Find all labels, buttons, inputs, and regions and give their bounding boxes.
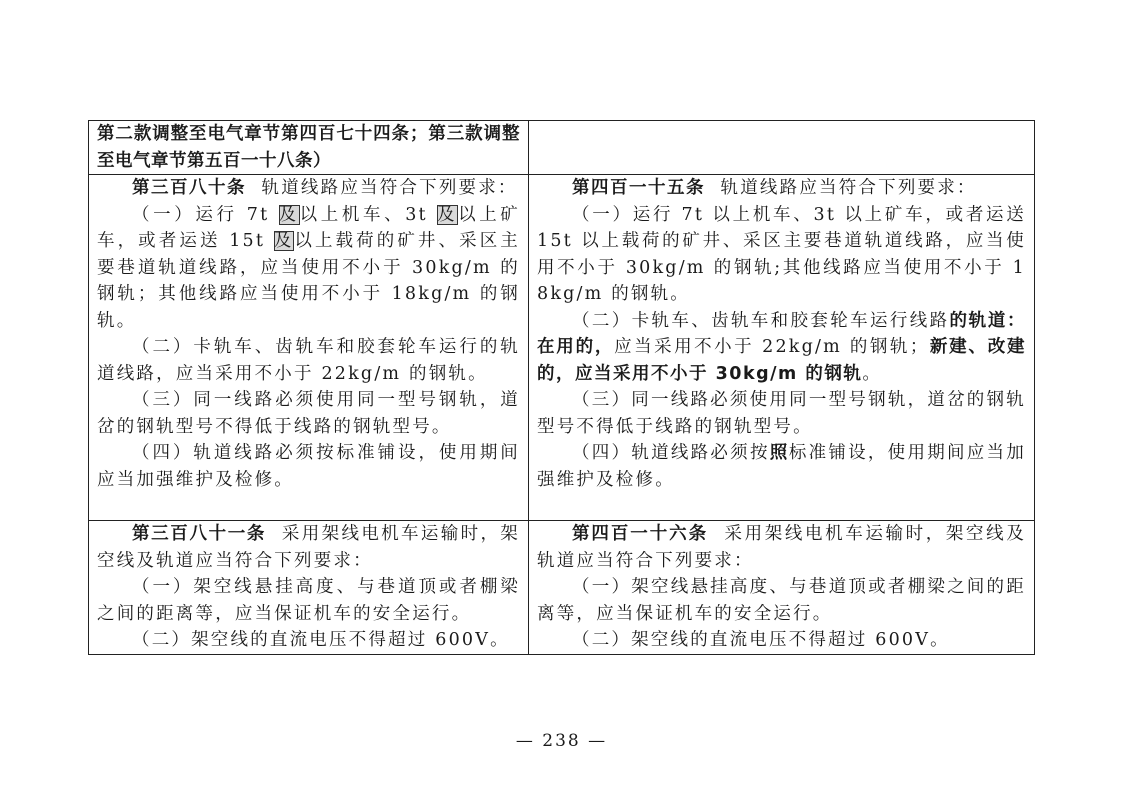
highlight-mark: 及 — [437, 205, 458, 225]
item-3: （三）同一线路必须使用同一型号钢轨，道岔的钢轨型号不得低于线路的钢轨型号。 — [97, 387, 520, 440]
article-paragraph: 第三百八十条 轨道线路应当符合下列要求： — [97, 175, 520, 202]
article-number: 第四百一十六条 — [572, 524, 708, 544]
article-paragraph: 第四百一十六条 采用架线电机车运输时，架空线及轨道应当符合下列要求： — [537, 521, 1026, 574]
table-cell-left: 第三百八十一条 采用架线电机车运输时，架空线及轨道应当符合下列要求： （一）架空… — [89, 521, 529, 655]
article-intro: 轨道线路应当符合下列要求： — [262, 178, 518, 198]
article-number: 第四百一十五条 — [572, 178, 705, 198]
table-row: 第三百八十条 轨道线路应当符合下列要求： （一）运行 7t 及以上机车、3t 及… — [89, 175, 1035, 521]
item-text: （四）轨道线路必须按 — [572, 443, 770, 463]
table-cell-right: 第四百一十五条 轨道线路应当符合下列要求： （一）运行 7t 以上机车、3t 以… — [529, 175, 1035, 521]
item-1: （一）架空线悬挂高度、与巷道顶或者棚梁之间的距离等，应当保证机车的安全运行。 — [97, 574, 520, 627]
item-2: （二）架空线的直流电压不得超过 600V。 — [97, 627, 520, 654]
item-4: （四）轨道线路必须按标准铺设，使用期间应当加强维护及检修。 — [97, 440, 520, 493]
item-1: （一）运行 7t 以上机车、3t 以上矿车，或者运送 15t 以上载荷的矿井、采… — [537, 202, 1026, 308]
table-row: 第二款调整至电气章节第四百七十四条；第三款调整至电气章节第五百一十八条） — [89, 121, 1035, 175]
table-cell-left: 第二款调整至电气章节第四百七十四条；第三款调整至电气章节第五百一十八条） — [89, 121, 529, 175]
continuation-text: 第二款调整至电气章节第四百七十四条；第三款调整至电气章节第五百一十八条） — [97, 121, 520, 174]
item-3: （三）同一线路必须使用同一型号钢轨，道岔的钢轨型号不得低于线路的钢轨型号。 — [537, 387, 1026, 440]
article-paragraph: 第四百一十五条 轨道线路应当符合下列要求： — [537, 175, 1026, 202]
item-2: （二）卡轨车、齿轨车和胶套轮车运行线路的轨道：在用的，应当采用不小于 22kg/… — [537, 308, 1026, 388]
article-number: 第三百八十条 — [132, 178, 246, 198]
page-number: — 238 — — [0, 731, 1123, 751]
item-4: （四）轨道线路必须按照标准铺设，使用期间应当加强维护及检修。 — [537, 440, 1026, 493]
table-row: 第三百八十一条 采用架线电机车运输时，架空线及轨道应当符合下列要求： （一）架空… — [89, 521, 1035, 655]
item-1: （一）架空线悬挂高度、与巷道顶或者棚梁之间的距离等，应当保证机车的安全运行。 — [537, 574, 1026, 627]
table-cell-left: 第三百八十条 轨道线路应当符合下列要求： （一）运行 7t 及以上机车、3t 及… — [89, 175, 529, 521]
article-intro: 轨道线路应当符合下列要求： — [721, 178, 977, 198]
item-1: （一）运行 7t 及以上机车、3t 及以上矿车，或者运送 15t 及以上载荷的矿… — [97, 202, 520, 335]
comparison-table: 第二款调整至电气章节第四百七十四条；第三款调整至电气章节第五百一十八条） 第三百… — [88, 120, 1035, 655]
table-cell-right — [529, 121, 1035, 175]
article-paragraph: 第三百八十一条 采用架线电机车运输时，架空线及轨道应当符合下列要求： — [97, 521, 520, 574]
article-number: 第三百八十一条 — [132, 524, 266, 544]
item-text: （一）运行 7t — [132, 205, 279, 225]
item-text: 。 — [862, 364, 882, 384]
item-text: （二）卡轨车、齿轨车和胶套轮车运行线路 — [572, 311, 949, 331]
item-text: 应当采用不小于 22kg/m 的钢轨； — [614, 337, 929, 357]
item-2: （二）卡轨车、齿轨车和胶套轮车运行的轨道线路，应当采用不小于 22kg/m 的钢… — [97, 334, 520, 387]
revised-text: 照 — [770, 443, 789, 463]
highlight-mark: 及 — [279, 205, 300, 225]
table-cell-right: 第四百一十六条 采用架线电机车运输时，架空线及轨道应当符合下列要求： （一）架空… — [529, 521, 1035, 655]
item-text: 以上机车、3t — [300, 205, 437, 225]
highlight-mark: 及 — [274, 231, 295, 251]
item-2: （二）架空线的直流电压不得超过 600V。 — [537, 627, 1026, 654]
